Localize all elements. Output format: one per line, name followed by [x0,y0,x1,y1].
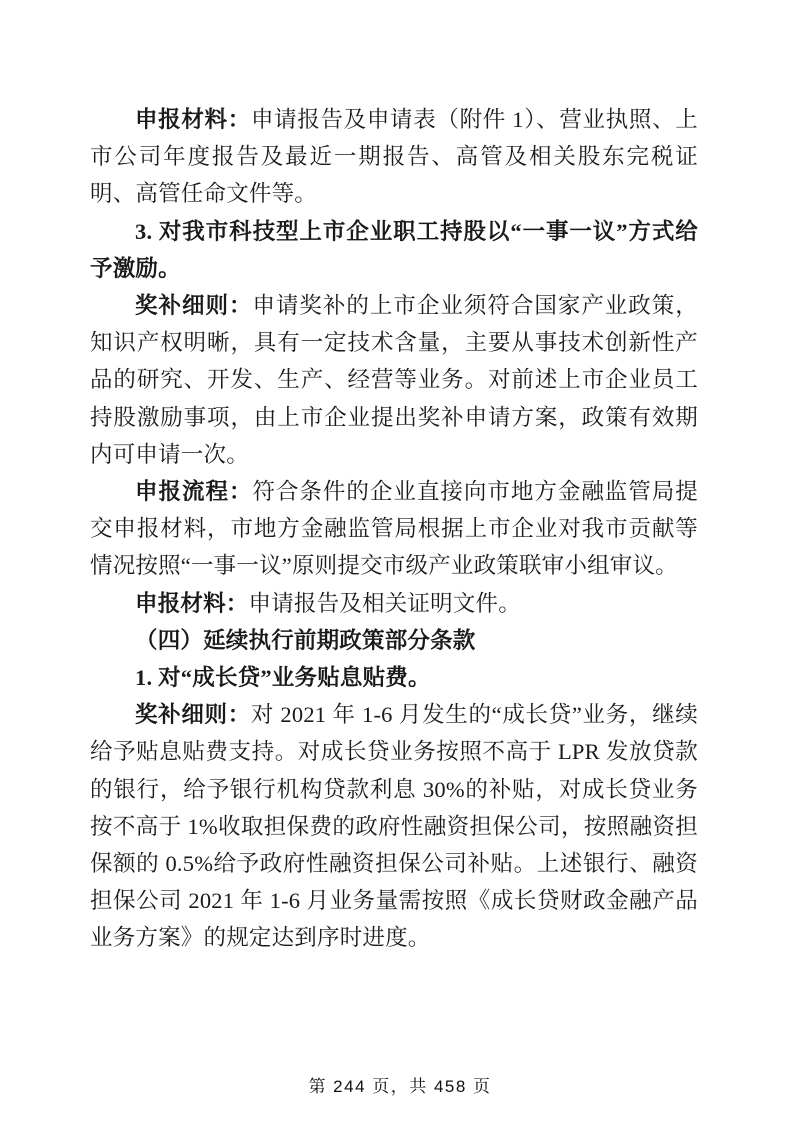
heading-item-3: 3. 对我市科技型上市企业职工持股以“一事一议”方式给予激励。 [90,213,698,287]
heading-section-4: （四）延续执行前期政策部分条款 [90,622,698,659]
paragraph-text: 申请奖补的上市企业须符合国家产业政策，知识产权明晰，具有一定技术含量，主要从事技… [90,293,698,467]
paragraph-label: 奖补细则： [135,702,251,727]
page-number-footer: 第 244 页，共 458 页 [0,1072,800,1097]
heading-text: 3. 对我市科技型上市企业职工持股以“一事一议”方式给予激励。 [90,219,698,281]
document-page: 申报材料：申请报告及申请表（附件 1）、营业执照、上市公司年度报告及最近一期报告… [0,0,800,1130]
paragraph-shenbao-cailiao-1: 申报材料：申请报告及申请表（附件 1）、营业执照、上市公司年度报告及最近一期报告… [90,101,698,213]
paragraph-label: 申报流程： [135,479,252,504]
paragraph-text: 对 2021 年 1-6 月发生的“成长贷”业务，继续给予贴息贴费支持。对成长贷… [90,702,698,950]
paragraph-jiangbu-xize-2: 奖补细则：对 2021 年 1-6 月发生的“成长贷”业务，继续给予贴息贴费支持… [90,696,698,956]
paragraph-jiangbu-xize-1: 奖补细则：申请奖补的上市企业须符合国家产业政策，知识产权明晰，具有一定技术含量，… [90,287,698,473]
paragraph-shenbao-liucheng: 申报流程：符合条件的企业直接向市地方金融监管局提交申报材料，市地方金融监管局根据… [90,473,698,585]
paragraph-shenbao-cailiao-2: 申报材料：申请报告及相关证明文件。 [90,585,698,622]
heading-item-1: 1. 对“成长贷”业务贴息贴费。 [90,659,698,696]
paragraph-label: 申报材料： [135,591,249,616]
heading-text: 1. 对“成长贷”业务贴息贴费。 [135,665,431,690]
paragraph-label: 申报材料： [135,107,251,132]
document-body: 申报材料：申请报告及申请表（附件 1）、营业执照、上市公司年度报告及最近一期报告… [90,101,698,957]
paragraph-text: 申请报告及相关证明文件。 [249,591,521,616]
heading-text: （四）延续执行前期政策部分条款 [135,628,476,653]
paragraph-label: 奖补细则： [135,293,252,318]
